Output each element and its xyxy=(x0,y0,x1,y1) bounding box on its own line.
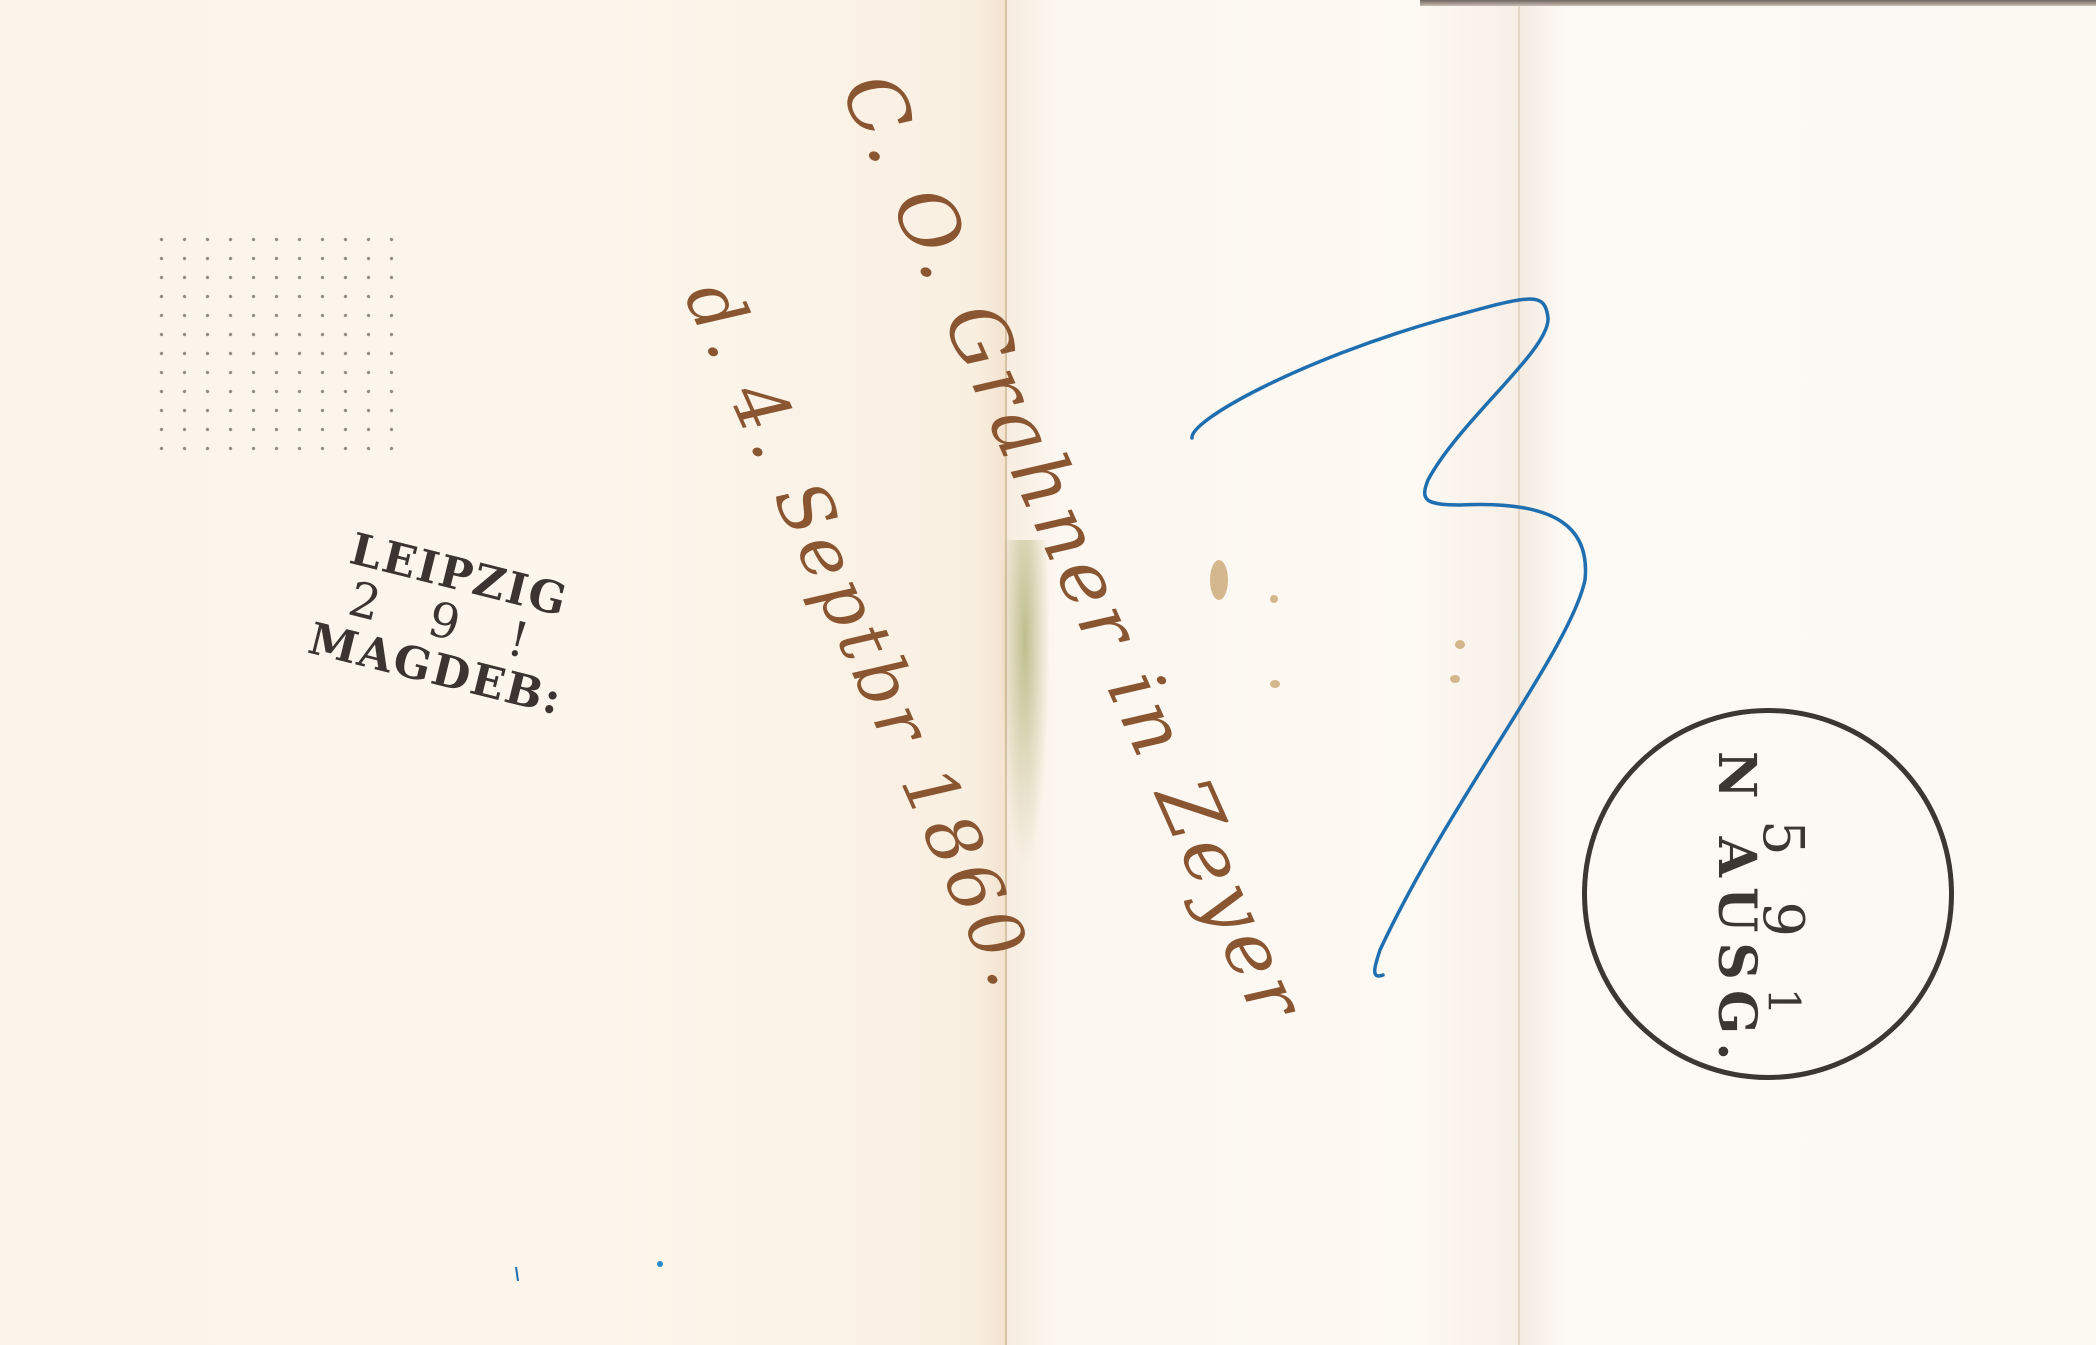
blue-crayon-numeral-3 xyxy=(0,0,2096,1345)
